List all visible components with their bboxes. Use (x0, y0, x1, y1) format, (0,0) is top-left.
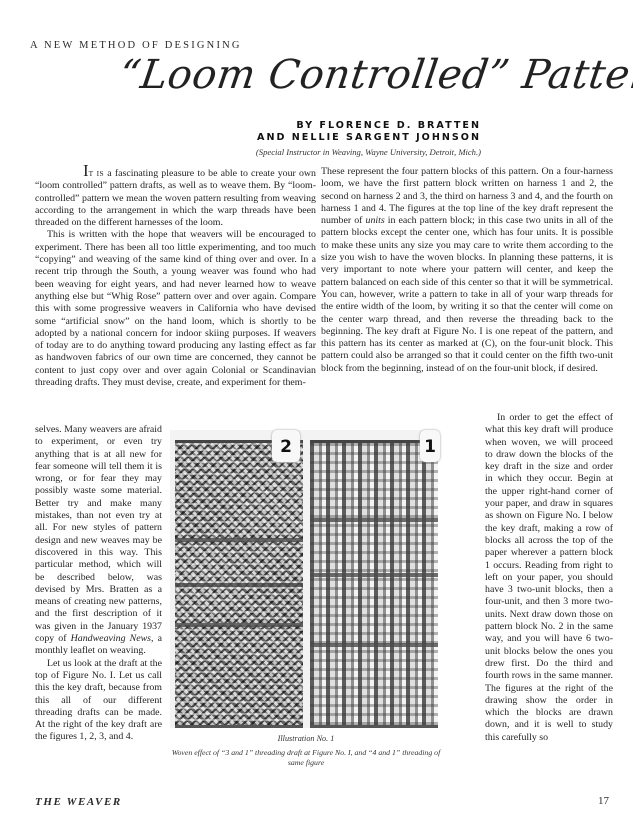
paragraph-text: in each pattern block; in this case two … (321, 215, 613, 374)
italic-units: units (366, 215, 385, 226)
weft-band (175, 583, 303, 587)
paragraph-key-draft: Let us look at the draft at the top of F… (35, 658, 162, 744)
left-column-top: IT IS a fascinating pleasure to be able … (35, 166, 316, 389)
weft-band (310, 573, 438, 577)
paragraph-encourage: This is written with the hope that weave… (35, 229, 316, 389)
byline-author-2: AND NELLIE SARGENT JOHNSON (257, 132, 481, 144)
weft-band (175, 623, 303, 627)
woven-swatch-2 (175, 440, 303, 728)
paragraph-text: selves. Many weavers are afraid to exper… (35, 424, 162, 644)
caption-text: Woven effect of “3 and 1” threading draf… (172, 748, 440, 768)
page-number: 17 (598, 795, 609, 807)
paragraph-intro: IT IS a fascinating pleasure to be able … (35, 166, 316, 229)
woven-swatch-1 (310, 440, 438, 728)
swatch-tag-2: 2 (272, 430, 300, 462)
paragraph-encourage-cont: selves. Many weavers are afraid to exper… (35, 424, 162, 658)
paragraph-intro-text: a fascinating pleasure to be able to cre… (35, 168, 316, 228)
author-affiliation: (Special Instructor in Weaving, Wayne Un… (256, 147, 481, 157)
illustration-caption: Illustration No. 1 Woven effect of “3 an… (165, 734, 447, 769)
caption-title: Illustration No. 1 (165, 734, 447, 745)
weft-band (310, 518, 438, 522)
byline: BY FLORENCE D. BRATTEN AND NELLIE SARGEN… (257, 120, 481, 144)
article-title: “Loom Controlled” Patterns (117, 52, 413, 98)
weft-band (175, 538, 303, 542)
left-column-narrow: selves. Many weavers are afraid to exper… (35, 424, 162, 744)
publication-name: Handweaving News (71, 633, 151, 644)
paragraph-draw-down: In order to get the effect of what this … (485, 412, 613, 744)
footer-publication: THE WEAVER (35, 796, 122, 808)
byline-author-1: BY FLORENCE D. BRATTEN (257, 120, 481, 132)
right-column-narrow: In order to get the effect of what this … (485, 412, 613, 744)
paragraph-pattern-blocks: These represent the four pattern blocks … (321, 166, 613, 375)
weft-band (310, 643, 438, 647)
illustration-photo: 2 1 (170, 430, 438, 728)
swatch-tag-1: 1 (420, 430, 440, 462)
small-caps-lead: T IS (89, 169, 104, 178)
right-column-top: These represent the four pattern blocks … (321, 166, 613, 375)
kicker: A NEW METHOD OF DESIGNING (30, 40, 242, 51)
